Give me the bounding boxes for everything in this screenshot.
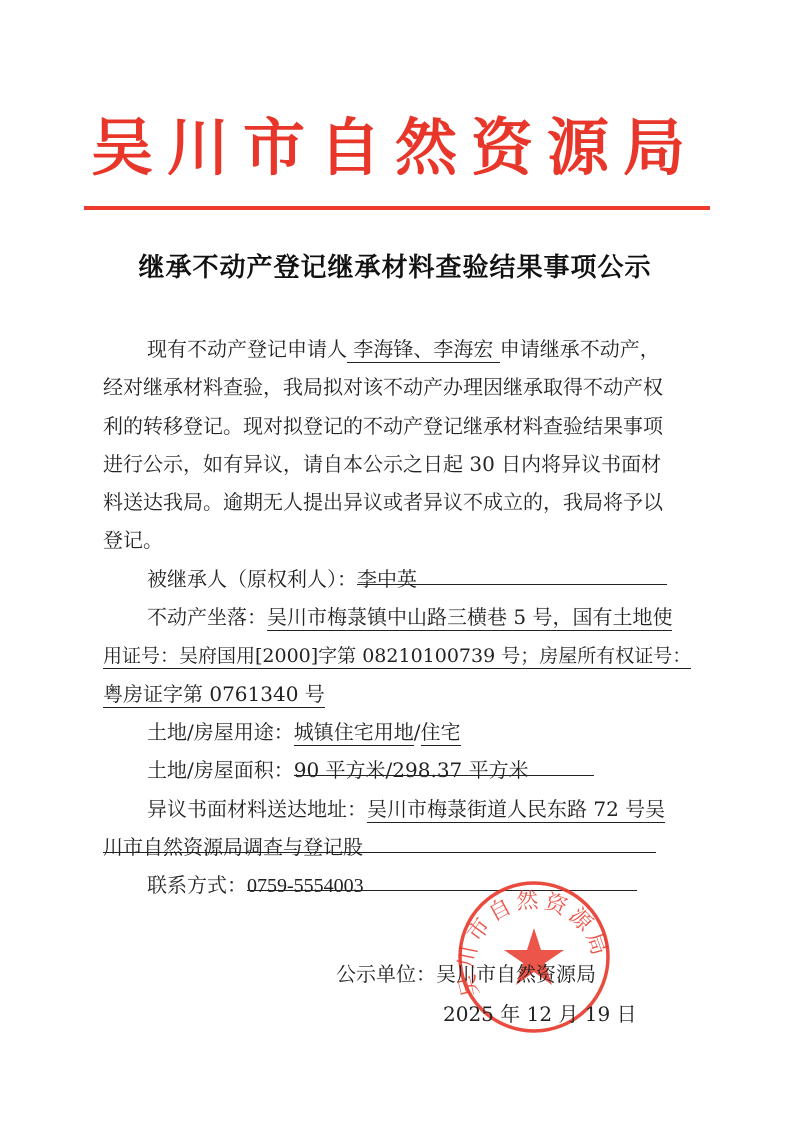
- usage-separator: /: [414, 720, 421, 744]
- objection-row-2: 川市自然资源局调查与登记股: [103, 828, 697, 866]
- usage-row: 土地/房屋用途：城镇住宅用地/住宅: [103, 713, 697, 751]
- decedent-row: 被继承人（原权利人）： 李中英: [103, 560, 697, 598]
- objection-value-field: 川市自然资源局调查与登记股: [103, 828, 656, 853]
- signature-date: 2025 年 12 月 19 日: [443, 995, 637, 1033]
- location-row-2: 用证号：吴府国用[2000]字第 08210100739 号；房屋所有权证号：: [103, 636, 697, 674]
- area-label: 土地/房屋面积：: [147, 758, 294, 782]
- intro-line-2: 经对继承材料查验，我局拟对该不动产办理因继承取得不动产权: [103, 368, 697, 406]
- intro-line-5: 料送达我局。逾期无人提出异议或者异议不成立的，我局将予以: [103, 483, 697, 521]
- objection-label: 异议书面材料送达地址：: [147, 797, 367, 821]
- decedent-value: 李中英: [357, 567, 417, 591]
- location-row-3: 粤房证字第 0761340 号: [103, 675, 697, 713]
- area-value: 90 平方米/298.37 平方米: [294, 758, 529, 782]
- letterhead-org-name: 吴川市自然资源局: [0, 108, 790, 188]
- location-label: 不动产坐落：: [147, 605, 267, 629]
- objection-row: 异议书面材料送达地址：吴川市梅菉街道人民东路 72 号吴: [103, 790, 697, 828]
- applicants-value: 李海锋、李海宏: [347, 337, 500, 363]
- decedent-value-field: 李中英: [357, 560, 667, 585]
- location-value-3: 粤房证字第 0761340 号: [103, 682, 325, 708]
- location-row: 不动产坐落：吴川市梅菉镇中山路三横巷 5 号，国有土地使: [103, 598, 697, 636]
- contact-label: 联系方式：: [147, 873, 247, 897]
- signature-block: 公示单位：吴川市自然资源局: [336, 955, 596, 993]
- signature-org: 吴川市自然资源局: [436, 962, 596, 986]
- decedent-label: 被继承人（原权利人）：: [147, 567, 357, 591]
- usage-value-land: 城镇住宅用地: [294, 720, 414, 746]
- area-row: 土地/房屋面积：90 平方米/298.37 平方米: [103, 751, 697, 789]
- signature-label: 公示单位：: [336, 962, 436, 986]
- objection-value-1: 吴川市梅菉街道人民东路 72 号吴: [367, 797, 665, 823]
- area-value-field: 90 平方米/298.37 平方米: [294, 751, 594, 776]
- document-title: 继承不动产登记继承材料查验结果事项公示: [0, 250, 790, 286]
- red-divider: [84, 206, 710, 210]
- usage-label: 土地/房屋用途：: [147, 720, 294, 744]
- intro-line-6: 登记。: [103, 521, 697, 559]
- objection-value-2: 川市自然资源局调查与登记股: [103, 835, 363, 859]
- intro-line-3: 利的转移登记。现对拟登记的不动产登记继承材料查验结果事项: [103, 407, 697, 445]
- intro-line-4: 进行公示，如有异议，请自本公示之日起 30 日内将异议书面材: [103, 445, 697, 483]
- location-value-2: 用证号：吴府国用[2000]字第 08210100739 号；房屋所有权证号：: [103, 645, 691, 669]
- intro-text: 申请继承不动产，: [500, 337, 660, 361]
- intro-line-1: 现有不动产登记申请人 李海锋、李海宏 申请继承不动产，: [103, 330, 697, 368]
- usage-value-house: 住宅: [421, 720, 461, 746]
- document-body: 现有不动产登记申请人 李海锋、李海宏 申请继承不动产， 经对继承材料查验，我局拟…: [103, 330, 697, 904]
- contact-value: 0759-5554003: [247, 875, 364, 897]
- intro-text: 现有不动产登记申请人: [147, 337, 347, 361]
- location-value-1: 吴川市梅菉镇中山路三横巷 5 号，国有土地使: [267, 605, 672, 631]
